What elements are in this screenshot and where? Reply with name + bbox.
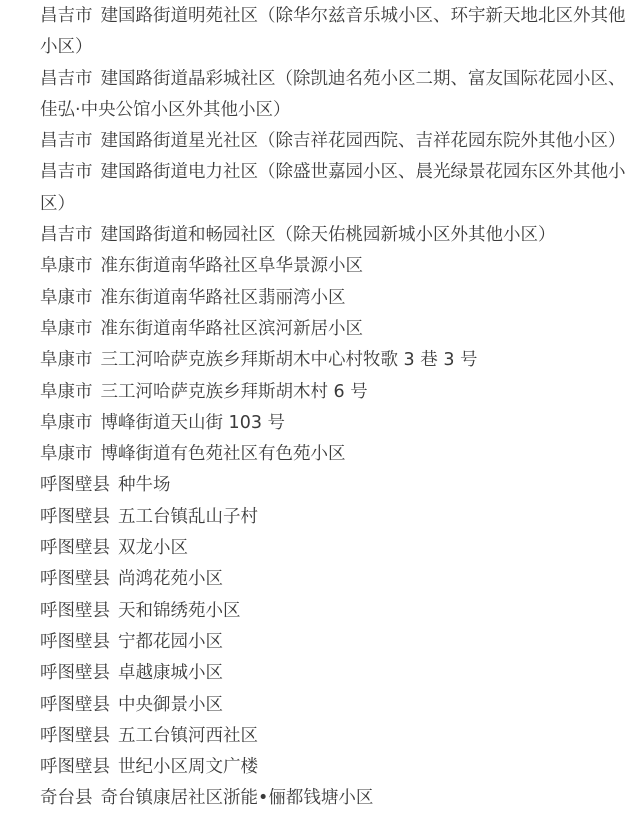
location-text: 建国路街道和畅园社区（除天佑桃园新城小区外其他小区） [101,225,556,245]
region-label: 阜康市 [40,444,93,464]
list-item: 昌吉市建国路街道明苑社区（除华尔兹音乐城小区、环宇新天地北区外其他小区） [40,1,635,64]
location-text: 准东街道南华路社区阜华景源小区 [101,256,364,276]
region-label: 阜康市 [40,350,93,370]
list-item: 阜康市三工河哈萨克族乡拜斯胡木中心村牧歌 3 巷 3 号 [40,345,635,376]
location-text: 宁都花园小区 [118,632,223,652]
location-text: 准东街道南华路社区翡丽湾小区 [101,288,346,308]
location-text: 三工河哈萨克族乡拜斯胡木中心村牧歌 3 巷 3 号 [101,350,478,370]
region-label: 阜康市 [40,288,93,308]
location-text: 建国路街道星光社区（除吉祥花园西院、吉祥花园东院外其他小区） [101,131,626,151]
location-text: 准东街道南华路社区滨河新居小区 [101,319,364,339]
location-text: 天和锦绣苑小区 [118,601,241,621]
list-item: 阜康市博峰街道有色苑社区有色苑小区 [40,439,635,470]
region-label: 昌吉市 [40,69,93,89]
location-text: 三工河哈萨克族乡拜斯胡木村 6 号 [101,382,368,402]
region-label: 昌吉市 [40,225,93,245]
list-item: 昌吉市建国路街道晶彩城社区（除凯迪名苑小区二期、富友国际花园小区、佳弘·中央公馆… [40,64,635,127]
list-item: 阜康市三工河哈萨克族乡拜斯胡木村 6 号 [40,377,635,408]
location-text: 尚鸿花苑小区 [118,569,223,589]
location-text: 建国路街道电力社区（除盛世嘉园小区、晨光绿景花园东区外其他小区） [40,162,626,213]
location-text: 双龙小区 [118,538,188,558]
region-label: 呼图壁县 [40,663,110,683]
list-item: 昌吉市建国路街道星光社区（除吉祥花园西院、吉祥花园东院外其他小区） [40,126,635,157]
region-label: 阜康市 [40,319,93,339]
list-item: 阜康市博峰街道天山街 103 号 [40,408,635,439]
location-text: 五工台镇河西社区 [118,726,258,746]
region-label: 昌吉市 [40,162,93,182]
region-label: 呼图壁县 [40,695,110,715]
region-label: 呼图壁县 [40,601,110,621]
list-item: 呼图壁县天和锦绣苑小区 [40,596,635,627]
region-label: 昌吉市 [40,131,93,151]
region-label: 昌吉市 [40,6,93,26]
list-item: 阜康市准东街道南华路社区翡丽湾小区 [40,283,635,314]
region-label: 阜康市 [40,413,93,433]
region-label: 呼图壁县 [40,475,110,495]
region-label: 呼图壁县 [40,726,110,746]
list-item: 呼图壁县世纪小区周文广楼 [40,752,635,783]
location-text: 种牛场 [118,475,171,495]
location-text: 建国路街道明苑社区（除华尔兹音乐城小区、环宇新天地北区外其他小区） [40,6,626,57]
region-label: 呼图壁县 [40,538,110,558]
list-item: 呼图壁县宁都花园小区 [40,627,635,658]
list-item: 昌吉市建国路街道电力社区（除盛世嘉园小区、晨光绿景花园东区外其他小区） [40,157,635,220]
list-item: 呼图壁县尚鸿花苑小区 [40,564,635,595]
region-label: 呼图壁县 [40,507,110,527]
location-text: 博峰街道有色苑社区有色苑小区 [101,444,346,464]
location-text: 五工台镇乱山子村 [118,507,258,527]
list-item: 呼图壁县中央御景小区 [40,690,635,721]
region-label: 呼图壁县 [40,632,110,652]
list-item: 呼图壁县种牛场 [40,470,635,501]
location-text: 博峰街道天山街 103 号 [101,413,286,433]
region-label: 阜康市 [40,256,93,276]
location-text: 世纪小区周文广楼 [118,757,258,777]
region-label: 奇台县 [40,788,93,808]
list-item: 呼图壁县五工台镇河西社区 [40,721,635,752]
region-label: 呼图壁县 [40,569,110,589]
region-label: 呼图壁县 [40,757,110,777]
list-item: 奇台县奇台镇康居社区浙能•俪都钱塘小区 [40,783,635,814]
list-item: 呼图壁县卓越康城小区 [40,658,635,689]
list-item: 阜康市准东街道南华路社区阜华景源小区 [40,251,635,282]
list-item: 昌吉市建国路街道和畅园社区（除天佑桃园新城小区外其他小区） [40,220,635,251]
list-item: 呼图壁县双龙小区 [40,533,635,564]
location-text: 中央御景小区 [118,695,223,715]
list-item: 阜康市准东街道南华路社区滨河新居小区 [40,314,635,345]
address-list: 昌吉市建国路街道明苑社区（除华尔兹音乐城小区、环宇新天地北区外其他小区）昌吉市建… [0,0,643,815]
list-item: 呼图壁县五工台镇乱山子村 [40,502,635,533]
region-label: 阜康市 [40,382,93,402]
location-text: 奇台镇康居社区浙能•俪都钱塘小区 [101,788,374,808]
location-text: 卓越康城小区 [118,663,223,683]
location-text: 建国路街道晶彩城社区（除凯迪名苑小区二期、富友国际花园小区、佳弘·中央公馆小区外… [40,69,626,120]
